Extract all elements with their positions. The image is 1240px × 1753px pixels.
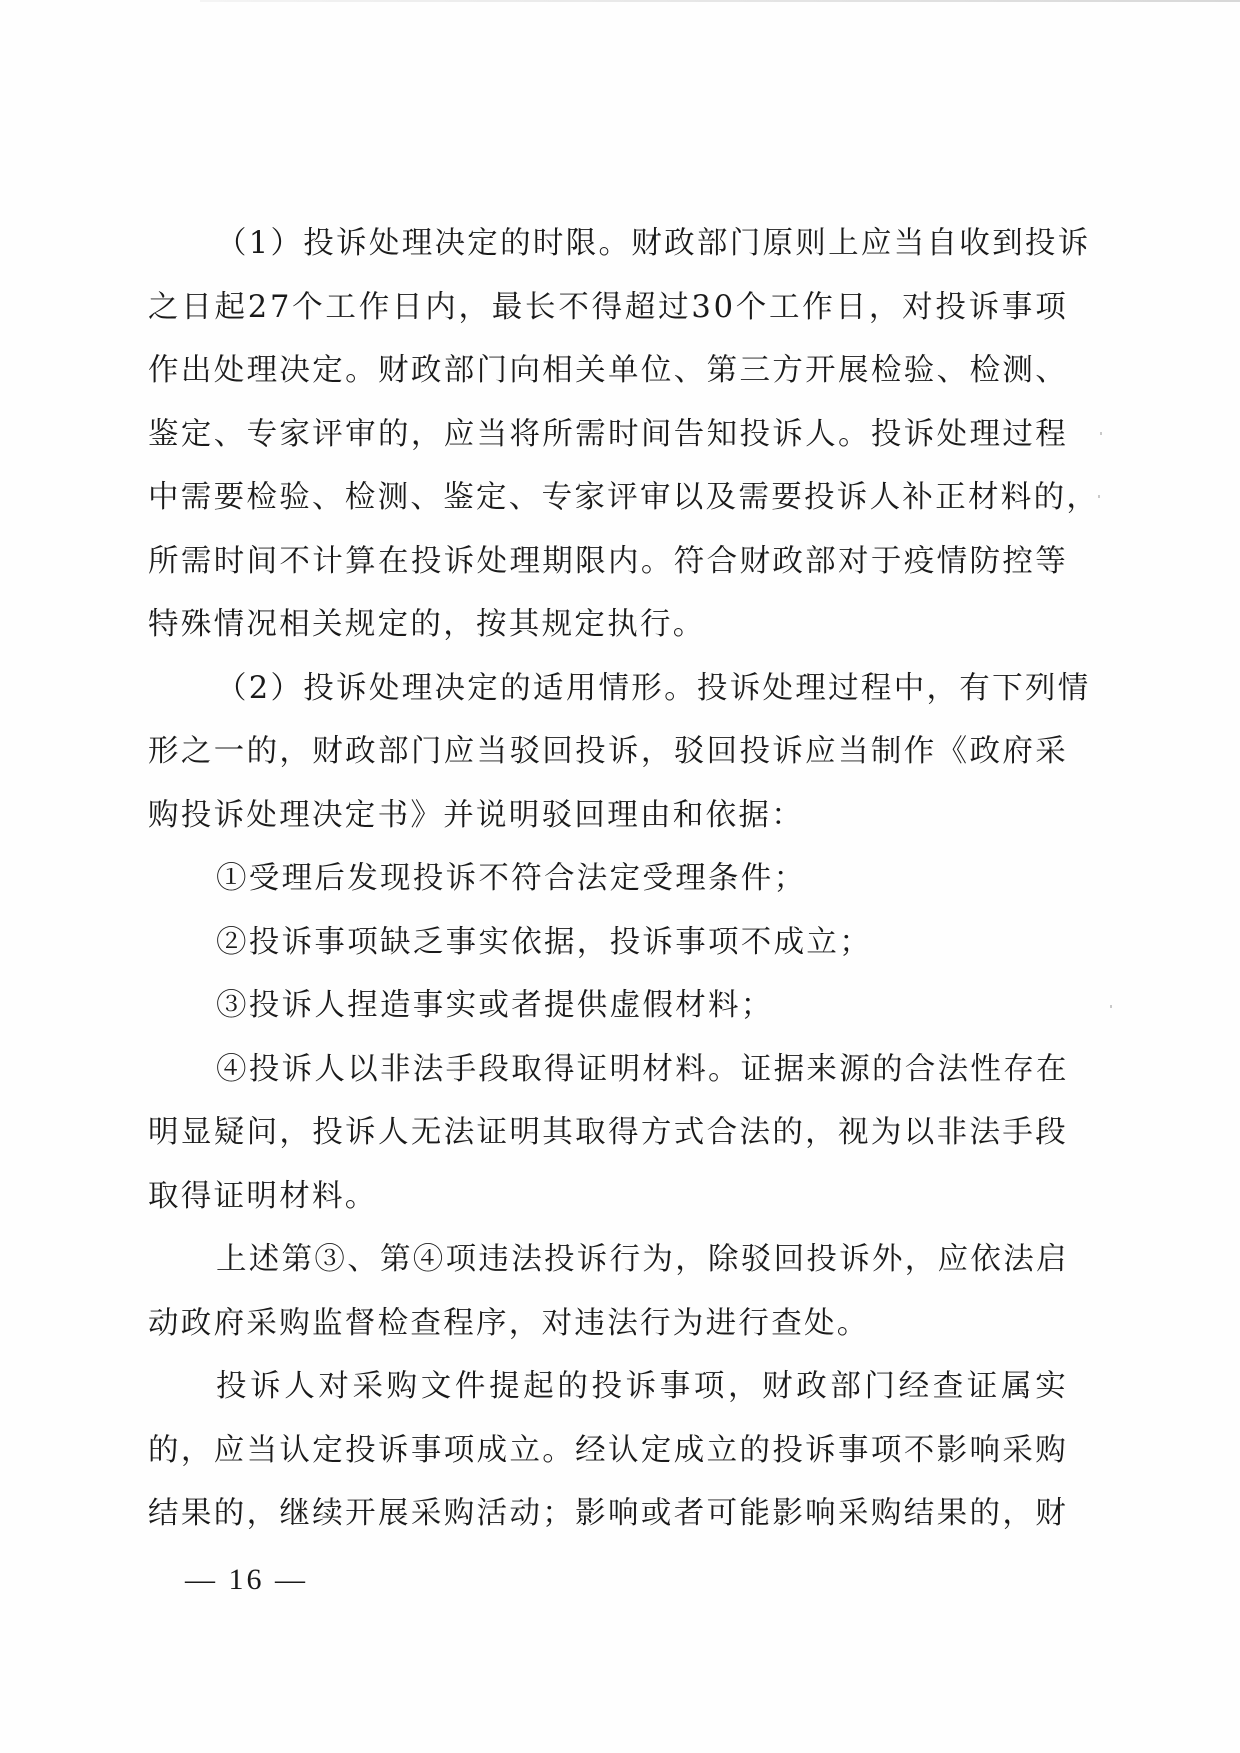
text-line-9: 形之一的，财政部门应当驳回投诉，驳回投诉应当制作《政府采: [148, 730, 1068, 794]
line-text: （1）投诉处理决定的时限。财政部门原则上应当自收到投诉: [216, 226, 1091, 261]
line-text: 之日起27个工作日内，最长不得超过30个工作日，对投诉事项: [148, 290, 1068, 325]
text-line-2: 之日起27个工作日内，最长不得超过30个工作日，对投诉事项: [148, 286, 1068, 350]
text-line-10: 购投诉处理决定书》并说明驳回理由和依据：: [148, 794, 1068, 858]
line-text: 结果的，继续开展采购活动；影响或者可能影响采购结果的，财: [148, 1496, 1068, 1531]
line-text: ③投诉人捏造事实或者提供虚假材料；: [216, 988, 774, 1023]
scan-speck: [1100, 432, 1102, 435]
text-line-8: （2）投诉处理决定的适用情形。投诉处理过程中，有下列情: [148, 667, 1068, 731]
list-item-2: ②投诉事项缺乏事实依据，投诉事项不成立；: [148, 921, 1068, 985]
text-line-16: 取得证明材料。: [148, 1175, 1068, 1239]
text-line-21: 结果的，继续开展采购活动；影响或者可能影响采购结果的，财: [148, 1492, 1068, 1556]
line-text: 形之一的，财政部门应当驳回投诉，驳回投诉应当制作《政府采: [148, 734, 1068, 769]
text-line-15: 明显疑问，投诉人无法证明其取得方式合法的，视为以非法手段: [148, 1111, 1068, 1175]
line-text: 中需要检验、检测、鉴定、专家评审以及需要投诉人补正材料的，: [148, 480, 1099, 515]
dash-left: —: [185, 1558, 218, 1602]
dash-right: —: [275, 1558, 308, 1602]
line-text: 上述第③、第④项违法投诉行为，除驳回投诉外，应依法启: [216, 1242, 1069, 1277]
text-line-7: 特殊情况相关规定的，按其规定执行。: [148, 603, 1068, 667]
text-line-4: 鉴定、专家评审的，应当将所需时间告知投诉人。投诉处理过程: [148, 413, 1068, 477]
document-page: （1）投诉处理决定的时限。财政部门原则上应当自收到投诉 之日起27个工作日内，最…: [0, 0, 1240, 1753]
scan-edge: [200, 0, 1240, 2]
scan-speck: [1110, 1005, 1112, 1008]
line-text: 动政府采购监督检查程序，对违法行为进行查处。: [148, 1306, 870, 1341]
line-text: （2）投诉处理决定的适用情形。投诉处理过程中，有下列情: [216, 671, 1091, 706]
page-number: — 16 —: [185, 1558, 308, 1602]
line-text: ④投诉人以非法手段取得证明材料。证据来源的合法性存在: [216, 1052, 1069, 1087]
line-text: 作出处理决定。财政部门向相关单位、第三方开展检验、检测、: [148, 353, 1068, 388]
body-text: （1）投诉处理决定的时限。财政部门原则上应当自收到投诉 之日起27个工作日内，最…: [148, 222, 1068, 1556]
line-text: 所需时间不计算在投诉处理期限内。符合财政部对于疫情防控等: [148, 544, 1068, 579]
line-text: 取得证明材料。: [148, 1179, 378, 1214]
line-text: ①受理后发现投诉不符合法定受理条件；: [216, 861, 806, 896]
line-text: 购投诉处理决定书》并说明驳回理由和依据：: [148, 798, 804, 833]
text-line-1: （1）投诉处理决定的时限。财政部门原则上应当自收到投诉: [148, 222, 1068, 286]
text-line-20: 的，应当认定投诉事项成立。经认定成立的投诉事项不影响采购: [148, 1429, 1068, 1493]
text-line-3: 作出处理决定。财政部门向相关单位、第三方开展检验、检测、: [148, 349, 1068, 413]
page-number-value: 16: [229, 1563, 265, 1596]
text-line-6: 所需时间不计算在投诉处理期限内。符合财政部对于疫情防控等: [148, 540, 1068, 604]
line-text: 投诉人对采购文件提起的投诉事项，财政部门经查证属实: [216, 1369, 1069, 1404]
list-item-4: ④投诉人以非法手段取得证明材料。证据来源的合法性存在: [148, 1048, 1068, 1112]
text-line-19: 投诉人对采购文件提起的投诉事项，财政部门经查证属实: [148, 1365, 1068, 1429]
line-text: 鉴定、专家评审的，应当将所需时间告知投诉人。投诉处理过程: [148, 417, 1068, 452]
list-item-3: ③投诉人捏造事实或者提供虚假材料；: [148, 984, 1068, 1048]
list-item-1: ①受理后发现投诉不符合法定受理条件；: [148, 857, 1068, 921]
text-line-17: 上述第③、第④项违法投诉行为，除驳回投诉外，应依法启: [148, 1238, 1068, 1302]
text-line-5: 中需要检验、检测、鉴定、专家评审以及需要投诉人补正材料的，: [148, 476, 1068, 540]
line-text: 的，应当认定投诉事项成立。经认定成立的投诉事项不影响采购: [148, 1433, 1068, 1468]
line-text: 明显疑问，投诉人无法证明其取得方式合法的，视为以非法手段: [148, 1115, 1068, 1150]
line-text: 特殊情况相关规定的，按其规定执行。: [148, 607, 706, 642]
text-line-18: 动政府采购监督检查程序，对违法行为进行查处。: [148, 1302, 1068, 1366]
line-text: ②投诉事项缺乏事实依据，投诉事项不成立；: [216, 925, 872, 960]
